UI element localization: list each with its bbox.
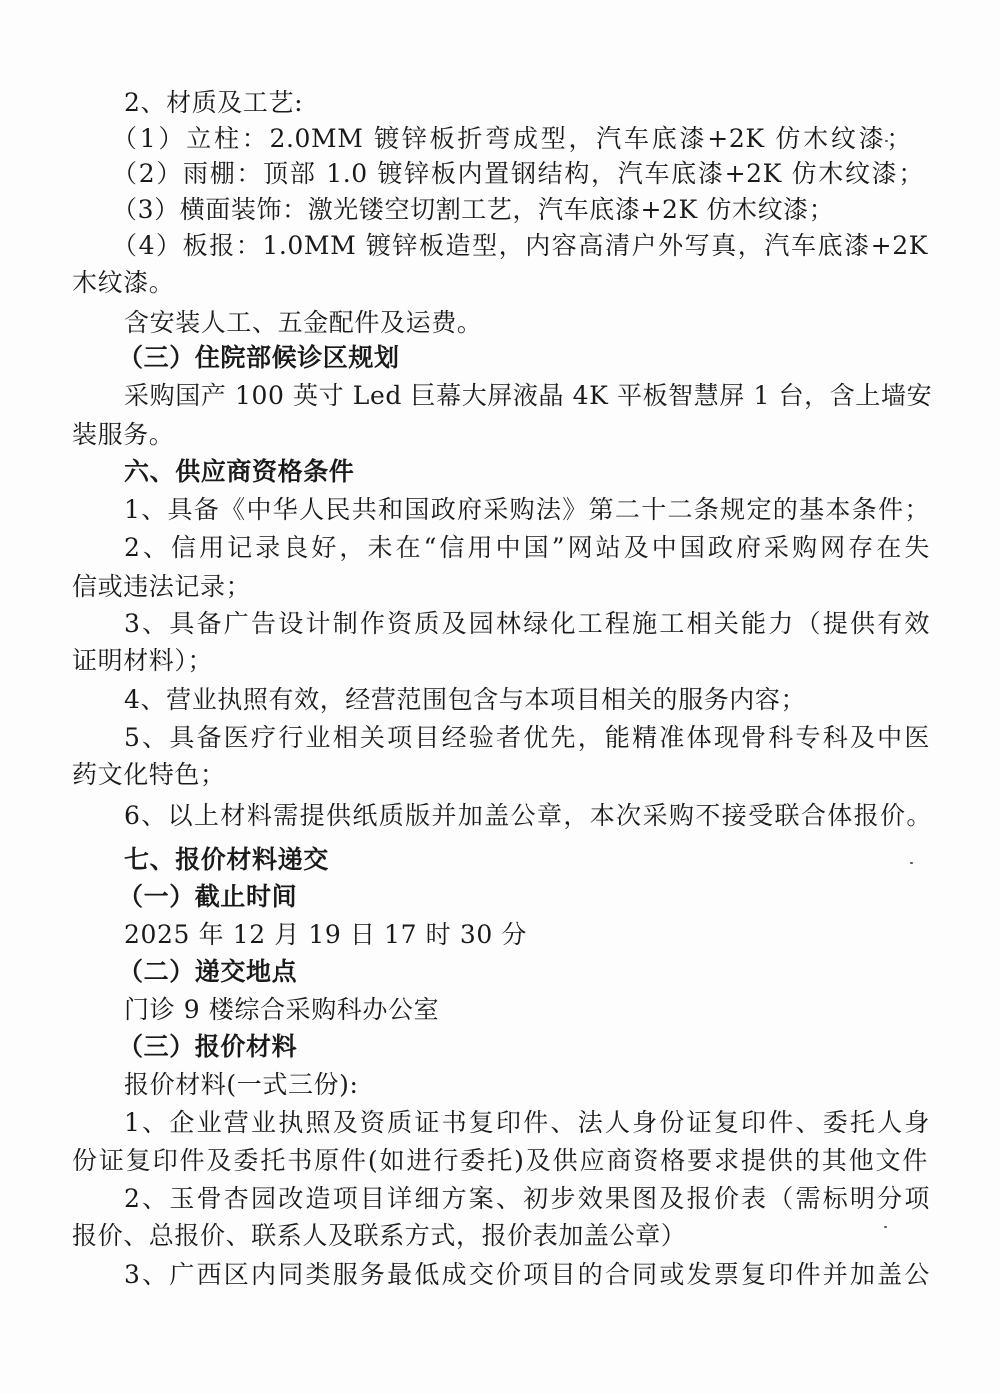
qualification-2: 2、信用记录良好，未在“信用中国”网站及中国政府采购网存在失 xyxy=(124,531,930,565)
spec-item-column: （1）立柱：2.0MM 镀锌板折弯成型，汽车底漆+2K 仿木纹漆； xyxy=(112,122,912,156)
installation-note: 含安装人工、五金配件及运费。 xyxy=(124,306,482,340)
quote-material-1: 1、企业营业执照及资质证书复印件、法人身份证复印件、委托人身 xyxy=(124,1106,930,1140)
document-page: 2、材质及工艺: （1）立柱：2.0MM 镀锌板折弯成型，汽车底漆+2K 仿木纹… xyxy=(0,0,1000,1394)
qualification-2-cont: 信或违法记录； xyxy=(72,570,251,604)
scan-speck xyxy=(910,862,913,864)
qualification-4: 4、营业执照有效，经营范围包含与本项目相关的服务内容； xyxy=(124,683,806,717)
spec-item-canopy: （2）雨棚：顶部 1.0 镀锌板内置钢结构，汽车底漆+2K 仿木纹漆； xyxy=(112,157,924,191)
spec-item-board: （4）板报：1.0MM 镀锌板造型，内容高清户外写真，汽车底漆+2K xyxy=(112,229,928,263)
qualification-3-cont: 证明材料）； xyxy=(72,644,213,678)
scan-speck xyxy=(885,140,888,142)
quote-material-3: 3、广西区内同类服务最低成交价项目的合同或发票复印件并加盖公 xyxy=(124,1258,930,1292)
qualification-1: 1、具备《中华人民共和国政府采购法》第二十二条规定的基本条件； xyxy=(124,493,930,527)
quote-material-2-cont: 报价、总报价、联系人及联系方式，报价表加盖公章） xyxy=(72,1219,686,1253)
subsection-quote-materials: （三）报价材料 xyxy=(118,1030,297,1064)
inpatient-screen-purchase-cont: 装服务。 xyxy=(72,418,174,452)
inpatient-screen-purchase: 采购国产 100 英寸 Led 巨幕大屏液晶 4K 平板智慧屏 1 台，含上墙安 xyxy=(124,379,928,413)
subsection-deadline: （一）截止时间 xyxy=(118,880,297,914)
quote-materials-intro: 报价材料(一式三份): xyxy=(124,1068,359,1102)
deadline-value: 2025 年 12 月 19 日 17 时 30 分 xyxy=(124,918,527,952)
subsection-location: （二）递交地点 xyxy=(118,955,297,989)
section-supplier-qualifications: 六、供应商资格条件 xyxy=(124,455,354,489)
qualification-6: 6、以上材料需提供纸质版并加盖公章，本次采购不接受联合体报价。 xyxy=(124,799,932,833)
scan-speck xyxy=(884,1226,887,1228)
location-value: 门诊 9 楼综合采购科办公室 xyxy=(124,993,439,1027)
spec-item-decoration: （3）横面装饰：激光镂空切割工艺，汽车底漆+2K 仿木纹漆； xyxy=(112,193,834,227)
qualification-5-cont: 药文化特色； xyxy=(72,758,226,792)
spec-item-board-cont: 木纹漆。 xyxy=(72,266,174,300)
qualification-5: 5、具备医疗行业相关项目经验者优先，能精准体现骨科专科及中医 xyxy=(124,721,930,755)
quote-material-1-cont: 份证复印件及委托书原件(如进行委托)及供应商资格要求提供的其他文件 xyxy=(72,1144,928,1178)
section-inpatient-waiting-area: （三）住院部候诊区规划 xyxy=(118,341,400,375)
section-quote-submission: 七、报价材料递交 xyxy=(124,843,329,877)
scan-speck xyxy=(330,1083,333,1085)
qualification-3: 3、具备广告设计制作资质及园林绿化工程施工相关能力（提供有效 xyxy=(124,607,930,641)
quote-material-2: 2、玉骨杏园改造项目详细方案、初步效果图及报价表（需标明分项 xyxy=(124,1182,930,1216)
material-process-heading: 2、材质及工艺: xyxy=(124,86,303,120)
